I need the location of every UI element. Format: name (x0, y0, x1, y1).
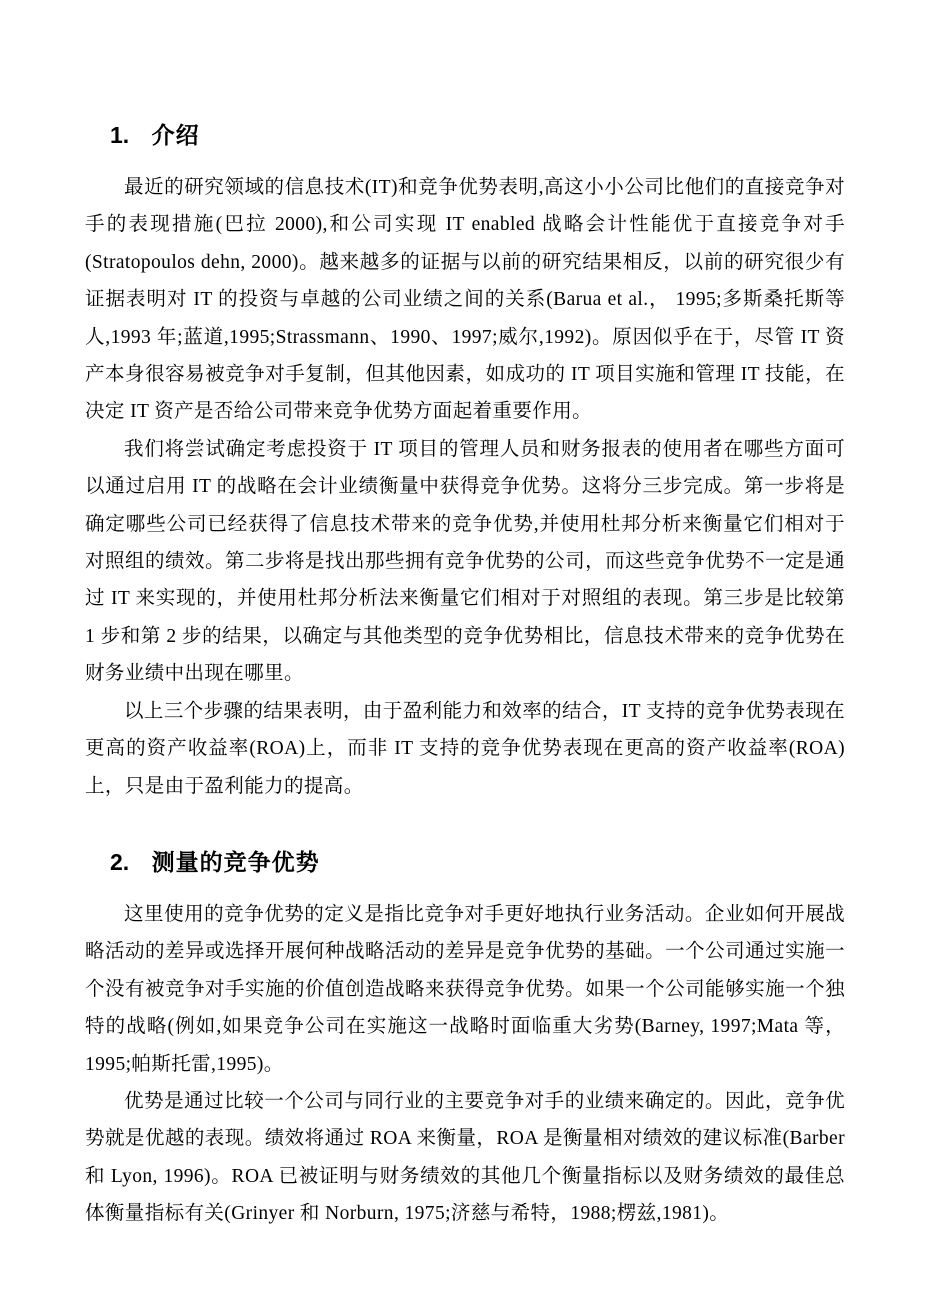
section-2-number: 2. (110, 847, 129, 877)
section-1-heading: 1. 介绍 (110, 120, 845, 150)
paragraph-measure-2: 优势是通过比较一个公司与同行业的主要竞争对手的业绩来确定的。因此，竞争优势就是优… (85, 1083, 845, 1233)
document-page: 1. 介绍 最近的研究领域的信息技术(IT)和竞争优势表明,高这小小公司比他们的… (0, 0, 926, 1309)
paragraph-intro-1: 最近的研究领域的信息技术(IT)和竞争优势表明,高这小小公司比他们的直接竞争对手… (85, 169, 845, 431)
section-measuring-advantage: 2. 测量的竞争优势 这里使用的竞争优势的定义是指比竞争对手更好地执行业务活动。… (85, 847, 845, 1233)
section-introduction: 1. 介绍 最近的研究领域的信息技术(IT)和竞争优势表明,高这小小公司比他们的… (85, 120, 845, 805)
section-1-title: 介绍 (152, 122, 200, 148)
section-2-title: 测量的竞争优势 (152, 849, 320, 875)
section-2-heading: 2. 测量的竞争优势 (110, 847, 845, 877)
paragraph-measure-1: 这里使用的竞争优势的定义是指比竞争对手更好地执行业务活动。企业如何开展战略活动的… (85, 896, 845, 1083)
section-1-number: 1. (110, 120, 129, 150)
paragraph-intro-2: 我们将尝试确定考虑投资于 IT 项目的管理人员和财务报表的使用者在哪些方面可以通… (85, 431, 845, 693)
paragraph-intro-3: 以上三个步骤的结果表明，由于盈利能力和效率的结合，IT 支持的竞争优势表现在更高… (85, 693, 845, 805)
